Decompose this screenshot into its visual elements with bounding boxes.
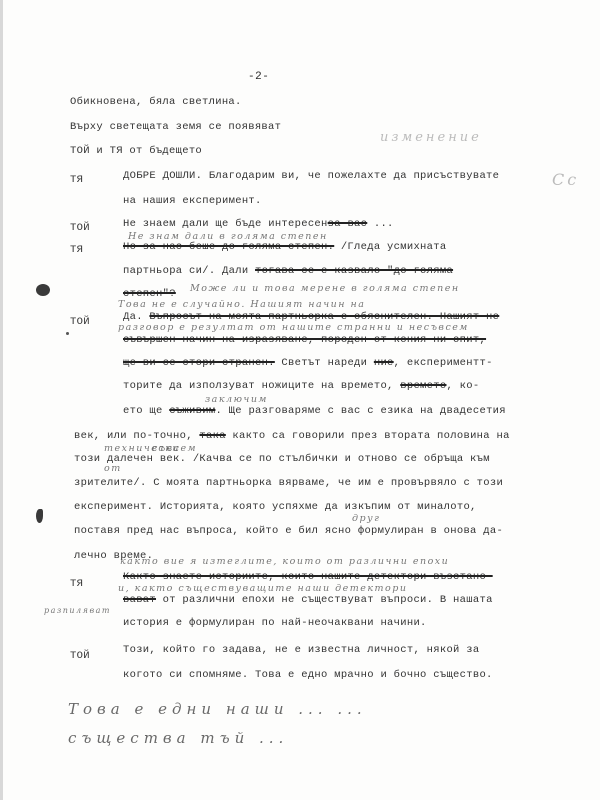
dialogue-line: когото си спомняме. Това е едно мрачно и… xyxy=(123,669,493,681)
faint-margin-mark: Сс xyxy=(552,170,579,189)
speaker-label: ТОЙ xyxy=(70,650,90,662)
dialogue-line: Не знаем дали ще бъде интересенза вас ..… xyxy=(123,218,394,230)
ink-blot xyxy=(36,284,50,296)
speaker-label: ТОЙ xyxy=(70,316,90,328)
dialogue-line: век, или по-точно, така както са говорил… xyxy=(74,430,510,442)
handwritten-note: заключим xyxy=(205,394,268,405)
speaker-label: ТОЙ xyxy=(70,222,90,234)
dialogue-line: експеримент. Историята, която успяхме да… xyxy=(74,501,477,513)
speaker-label: ТЯ xyxy=(70,174,83,186)
dialogue-line: зрителите/. С моята партньорка вярваме, … xyxy=(74,477,503,489)
handwritten-note: Може ли и това мерене в голяма степен xyxy=(190,283,460,294)
faint-margin-note: изменение xyxy=(380,130,482,145)
handwritten-note: от xyxy=(104,463,122,474)
handwritten-margin-note: разпиляват xyxy=(44,606,111,615)
dialogue-line: партньора си/. Дали тогава се е казвало … xyxy=(123,265,453,277)
handwritten-note: както вие я изтеглите, които от различни… xyxy=(120,556,449,567)
dialogue-line: вават от различни епохи не съществуват в… xyxy=(123,594,493,606)
dialogue-line: на нашия експеримент. xyxy=(123,195,262,207)
handwritten-note: друг xyxy=(352,513,380,524)
handwritten-note: Това не е случайно. Нашият начин на xyxy=(118,299,365,310)
handwritten-footer: Това е едни наши ... ... xyxy=(68,700,367,718)
dialogue-line: ДОБРЕ ДОШЛИ. Благодарим ви, че пожелахте… xyxy=(123,170,499,182)
dialogue-line: Както знаете историите, които нашите дет… xyxy=(123,571,493,583)
speaker-label: ТЯ xyxy=(70,578,83,590)
stage-direction: Обикновена, бяла светлина. xyxy=(70,96,242,108)
ink-mark xyxy=(36,509,43,523)
handwritten-note: разговор е резултат от нашите странни и … xyxy=(118,322,469,333)
dialogue-line: този далечен век. /Качва се по стълбички… xyxy=(74,453,490,465)
dialogue-line: ще ви се стори странен. Светът нареди ни… xyxy=(123,357,493,369)
dialogue-line: поставя пред нас въпроса, който е бил яс… xyxy=(74,525,503,537)
dialogue-line: съвършен начин на изразяване, породен от… xyxy=(123,334,486,346)
ink-dot xyxy=(66,332,69,335)
speaker-label: ТЯ xyxy=(70,244,83,256)
page-number: -2- xyxy=(248,71,269,83)
dialogue-line: ето ще съживим. Ще разговаряме с вас с е… xyxy=(123,405,506,417)
page-edge xyxy=(0,0,3,800)
stage-direction: ТОЙ и ТЯ от бъдещето xyxy=(70,145,202,157)
stage-direction: Върху светещата земя се появяват xyxy=(70,121,281,133)
dialogue-line: торите да използуват ножиците на времето… xyxy=(123,380,479,392)
dialogue-line: Този, който го задава, не е известна лич… xyxy=(123,644,479,656)
handwritten-note: и, както съществуващите наши детектори xyxy=(118,583,407,594)
document-page: изменение Сс -2- Обикновена, бяла светли… xyxy=(0,0,600,800)
dialogue-line: история е формулиран по най-неочаквани н… xyxy=(123,617,427,629)
handwritten-footer: същества тъй ... xyxy=(68,729,288,747)
dialogue-line: Но за нас беше до голяма степен. /Гледа … xyxy=(123,241,446,253)
